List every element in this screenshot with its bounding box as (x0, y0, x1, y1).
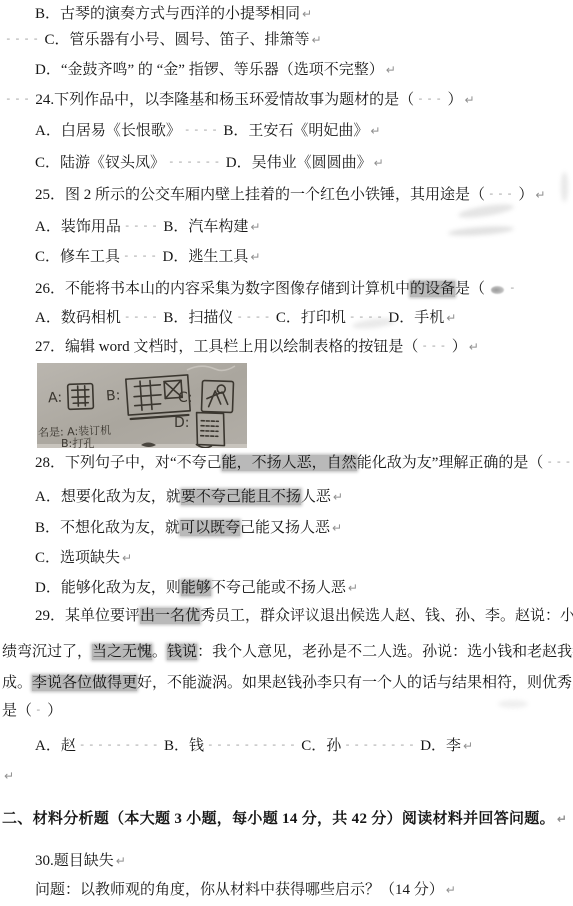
q24-stem: ---24.下列作品中，以李隆基和杨玉环爱情故事为题材的是（---）↵ (2, 90, 475, 111)
text-run: ） (452, 339, 467, 355)
paragraph-mark: ↵ (467, 340, 479, 354)
text-run: 二、材料分析题（本大题 3 小题，每小题 14 分，共 42 分）阅读材料并回答… (2, 811, 555, 827)
text-run: ） (47, 703, 62, 719)
q29-options: A．赵---------B．钱----------C．孙--------D．李↵ (35, 736, 473, 757)
document-text-area: B．古琴的演奏方式与西洋的小提琴相同↵----C．管乐器有小号、圆号、笛子、排箫… (0, 0, 573, 906)
section-2-heading: 二、材料分析题（本大题 3 小题，每小题 14 分，共 42 分）阅读材料并回答… (2, 809, 567, 830)
text-run: B．不想化敌为友，就 (35, 520, 180, 536)
text-run: A．数码相机 (35, 310, 121, 326)
text-run: D．“金鼓齐鸣” 的 “金” 指锣、等乐器（选项不完整） (35, 62, 384, 78)
text-run: C．管乐器有小号、圆号、笛子、排箫等 (45, 32, 310, 48)
q29-stem-line3: 成。李说各位做得更好，不能漩涡。如果赵钱孙李只有一个人的话与结果相符，则优秀员工 (2, 673, 573, 694)
text-run: 是（ (2, 703, 32, 719)
paragraph-mark: ↵ (346, 581, 358, 595)
space-marks: ---- (233, 310, 276, 323)
q23-option-b: B．古琴的演奏方式与西洋的小提琴相同↵ (35, 4, 312, 25)
space-marks: ---------- (204, 738, 301, 751)
text-run: 29．某单位要评 (35, 608, 140, 624)
paragraph-mark: ↵ (444, 883, 456, 897)
space-marks: ---- (121, 310, 164, 323)
q24-options-cd: C．陆游《钗头凤》------D．吴伟业《圆圆曲》↵ (35, 153, 384, 174)
text-run: C．陆游《钗头凤》 (35, 155, 165, 171)
text-run: 30.题目缺失 (35, 853, 114, 869)
space-marks: - (32, 703, 47, 716)
paragraph-mark: ↵ (444, 311, 456, 325)
text-run: 己能又扬人恶 (240, 520, 330, 536)
text-run: 秀员工，群众评议退出候选人赵、钱、孙、李。赵说：小李业 (200, 608, 573, 624)
text-run: 26．不能将书本山的内容采集为数字图像存储到计算机中 (35, 281, 410, 297)
space-marks: --- (414, 92, 447, 105)
option-b-label: B: (106, 388, 121, 405)
option-a-label: A: (48, 390, 63, 407)
text-run: B．钱 (164, 738, 204, 754)
text-run: 绩弯沉过了， (2, 644, 92, 660)
paragraph-mark: ↵ (300, 7, 312, 21)
handwritten-note-line2: B:打孔 (61, 436, 94, 448)
text-run: 。 (152, 644, 167, 660)
scanned-exam-page: { "page": { "background": "#ffffff", "te… (0, 0, 573, 906)
text-run: D．李 (420, 738, 461, 754)
text-run: B．扫描仪 (163, 310, 233, 326)
text-run: C．孙 (301, 738, 341, 754)
paragraph-mark: ↵ (368, 124, 380, 138)
text-run: 问题：以教师观的角度，你从材料中获得哪些启示？（14 分） (35, 882, 444, 898)
option-c-label: C: (178, 390, 193, 406)
space-marks: ------ (165, 155, 226, 168)
option-d-label: D: (174, 415, 190, 431)
space-marks: --- (2, 92, 35, 105)
q30-title: 30.题目缺失↵ (35, 851, 126, 872)
space-marks: ---- (120, 249, 163, 262)
paragraph-mark: ↵ (2, 769, 14, 783)
highlighted-text: 要不夸己能且不扬 (181, 489, 301, 505)
highlighted-text: 出一名优 (140, 608, 200, 624)
text-run: C．选项缺失 (35, 550, 120, 566)
paragraph-mark: ↵ (120, 551, 132, 565)
ink-smudge (491, 286, 504, 294)
q25-options-ab: A．装饰用品----B．汽车构建↵ (35, 217, 260, 238)
text-run: 成。 (2, 675, 32, 691)
highlighted-text: 能，不扬人恶，自然 (222, 455, 357, 471)
text-run: 25．图 2 所示的公交车厢内壁上挂着的一个红色小铁锤，其用途是（ (35, 187, 485, 203)
paragraph-mark: ↵ (248, 220, 260, 234)
text-run: 28．下列句子中，对“不夸己 (35, 455, 222, 471)
space-marks: --- (418, 339, 451, 352)
q28-option-d: D．能够化敌为友，则能够不夸己能或不扬人恶↵ (35, 578, 358, 599)
paragraph-mark: ↵ (461, 739, 473, 753)
text-run: 27．编辑 word 文档时，工具栏上用以绘制表格的按钮是（ (35, 339, 418, 355)
text-run: B．汽车构建 (163, 219, 248, 235)
scan-smudge (561, 172, 568, 202)
text-run: ：我个人意见，老孙是不二人选。孙说：选小钱和老赵我都赞 (197, 644, 573, 660)
text-run: D．手机 (388, 310, 444, 326)
space-marks: ---- (2, 32, 45, 45)
text-run: 人恶 (301, 489, 331, 505)
space-marks: --------- (76, 738, 164, 751)
q26-stem: 26．不能将书本山的内容采集为数字图像存储到计算机中的设备是（- (35, 279, 521, 300)
paragraph-mark: ↵ (114, 854, 126, 868)
space-marks: ---- (121, 219, 164, 232)
paragraph-mark: ↵ (330, 521, 342, 535)
paragraph-mark: ↵ (372, 156, 384, 170)
paragraph-mark: ↵ (533, 188, 545, 202)
text-run: B．王安石《明妃曲》 (223, 123, 368, 139)
text-run: ） (448, 92, 463, 108)
q28-stem: 28．下列句子中，对“不夸己能，不扬人恶，自然能化敌为友”理解正确的是（---）… (35, 453, 573, 474)
q29-stem-line4: 是（-） (2, 701, 62, 722)
q28-option-a: A．想要化敌为友，就要不夸己能且不扬人恶↵ (35, 487, 343, 508)
question-27-image: A: B: C: D: (37, 363, 247, 448)
q25-stem: 25．图 2 所示的公交车厢内壁上挂着的一个红色小铁锤，其用途是（---）↵ (35, 185, 545, 206)
q28-option-b: B．不想化敌为友，就可以既夸己能又扬人恶↵ (35, 518, 342, 539)
text-run: A．想要化敌为友，就 (35, 489, 181, 505)
paragraph-mark: ↵ (384, 63, 396, 77)
q27-stem: 27．编辑 word 文档时，工具栏上用以绘制表格的按钮是（---）↵ (35, 337, 479, 358)
text-run: D．吴伟业《圆圆曲》 (226, 155, 372, 171)
highlighted-text: 能够 (181, 580, 211, 596)
text-run: 是（ (455, 281, 485, 297)
text-run: 不夸己能或不扬人恶 (211, 580, 346, 596)
highlighted-text: 可以既夸 (180, 520, 240, 536)
highlighted-text: 当之无愧 (92, 644, 152, 660)
space-marks: --- (543, 455, 573, 468)
text-run: D．逃生工具 (163, 249, 249, 265)
paragraph-mark: ↵ (555, 812, 567, 826)
highlighted-text: 钱说 (167, 644, 197, 660)
text-run: D．能够化敌为友，则 (35, 580, 181, 596)
space-marks: -------- (341, 738, 420, 751)
space-marks: --- (485, 187, 518, 200)
q29-stem-line2: 绩弯沉过了，当之无愧。钱说：我个人意见，老孙是不二人选。孙说：选小钱和老赵我都赞 (2, 642, 573, 663)
q30-question: 问题：以教师观的角度，你从材料中获得哪些启示？（14 分）↵ (35, 880, 456, 901)
q23-option-c: ----C．管乐器有小号、圆号、笛子、排箫等↵ (2, 30, 322, 51)
empty-paragraph: ↵ (2, 766, 14, 787)
text-run: 24.下列作品中，以李隆基和杨玉环爱情故事为题材的是（ (35, 92, 414, 108)
text-run: C．修车工具 (35, 249, 120, 265)
paragraph-mark: ↵ (463, 93, 475, 107)
q28-option-c: C．选项缺失↵ (35, 548, 132, 569)
text-run: ） (518, 187, 533, 203)
space-marks: - (506, 281, 521, 294)
highlighted-text: 李说各位做得更 (32, 675, 137, 691)
q29-stem-line1: 29．某单位要评出一名优秀员工，群众评议退出候选人赵、钱、孙、李。赵说：小李业 (35, 606, 573, 627)
hand-drawn-options-sketch: A: B: C: D: (37, 363, 247, 448)
paragraph-mark: ↵ (248, 250, 260, 264)
text-run: A．白居易《长恨歌》 (35, 123, 181, 139)
text-run: A．赵 (35, 738, 76, 754)
text-run: 好，不能漩涡。如果赵钱孙李只有一个人的话与结果相符，则优秀员工 (137, 675, 573, 691)
scan-smudge (498, 700, 528, 708)
text-run: A．装饰用品 (35, 219, 121, 235)
q25-options-cd: C．修车工具----D．逃生工具↵ (35, 247, 260, 268)
highlighted-text: 的设备 (410, 281, 455, 297)
q24-options-ab: A．白居易《长恨歌》----B．王安石《明妃曲》↵ (35, 121, 380, 142)
paragraph-mark: ↵ (331, 490, 343, 504)
text-run: C．打印机 (276, 310, 346, 326)
text-run: B．古琴的演奏方式与西洋的小提琴相同 (35, 6, 300, 22)
q23-option-d: D．“金鼓齐鸣” 的 “金” 指锣、等乐器（选项不完整）↵ (35, 60, 396, 81)
paragraph-mark: ↵ (310, 33, 322, 47)
space-marks: ---- (181, 123, 224, 136)
text-run: 能化敌为友”理解正确的是（ (357, 455, 544, 471)
